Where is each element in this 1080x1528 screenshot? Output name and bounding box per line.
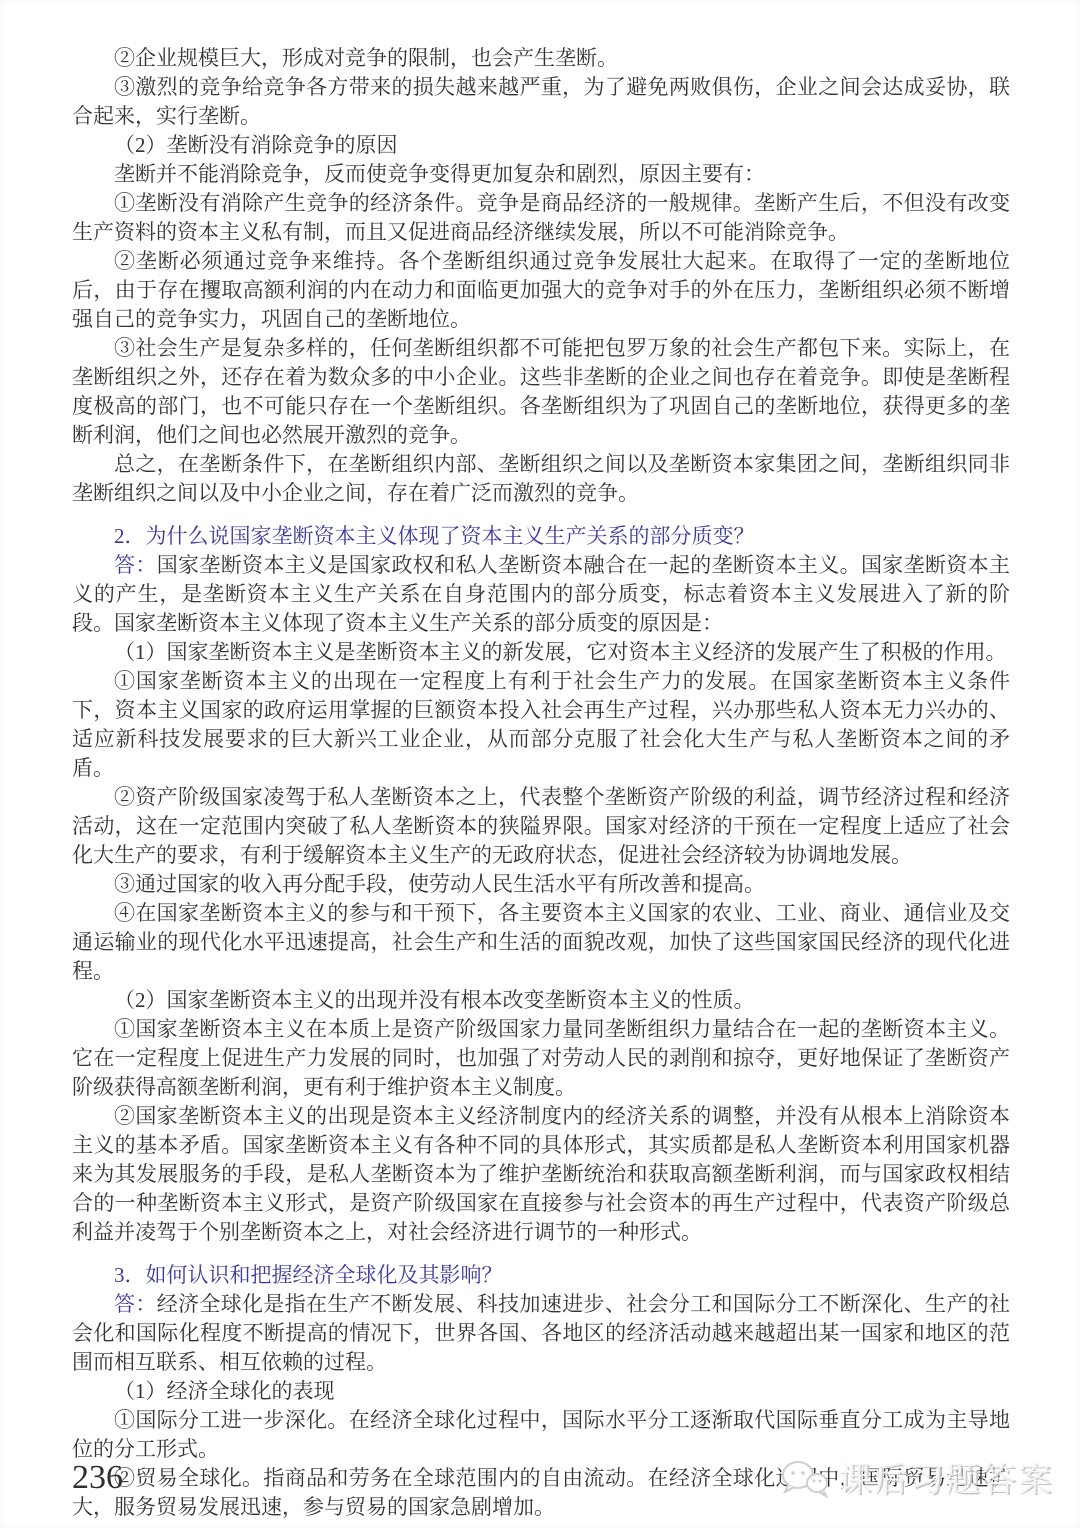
answer-label: 答： [114, 553, 157, 577]
paragraph: （1）经济全球化的表现 [72, 1377, 1010, 1406]
paragraph: ③通过国家的收入再分配手段，使劳动人民生活水平有所改善和提高。 [72, 870, 1010, 899]
page-number: 236 [72, 1458, 123, 1498]
paragraph: ①国家垄断资本主义在本质上是资产阶级国家力量同垄断组织力量结合在一起的垄断资本主… [72, 1015, 1010, 1102]
answer-paragraph: 答：国家垄断资本主义是国家政权和私人垄断资本融合在一起的垄断资本主义。国家垄断资… [72, 551, 1010, 638]
document-page: ②企业规模巨大，形成对竞争的限制，也会产生垄断。 ③激烈的竞争给竞争各方带来的损… [0, 0, 1080, 1528]
watermark-text: 课后习题答案 [838, 1452, 1054, 1501]
paragraph: ①垄断没有消除产生竞争的经济条件。竞争是商品经济的一般规律。垄断产生后，不但没有… [72, 189, 1010, 247]
paragraph: ②企业规模巨大，形成对竞争的限制，也会产生垄断。 [72, 44, 1010, 73]
answer-text: 国家垄断资本主义是国家政权和私人垄断资本融合在一起的垄断资本主义。国家垄断资本主… [72, 553, 1010, 635]
paragraph: （2）国家垄断资本主义的出现并没有根本改变垄断资本主义的性质。 [72, 986, 1010, 1015]
paragraph: ④在国家垄断资本主义的参与和干预下，各主要资本主义国家的农业、工业、商业、通信业… [72, 899, 1010, 986]
answer-text: 经济全球化是指在生产不断发展、科技加速进步、社会分工和国际分工不断深化、生产的社… [72, 1292, 1010, 1374]
paragraph: 总之，在垄断条件下，在垄断组织内部、垄断组织之间以及垄断资本家集团之间，垄断组织… [72, 450, 1010, 508]
paragraph: ③激烈的竞争给竞争各方带来的损失越来越严重，为了避免两败俱伤，企业之间会达成妥协… [72, 73, 1010, 131]
answer-text-body: ②企业规模巨大，形成对竞争的限制，也会产生垄断。 ③激烈的竞争给竞争各方带来的损… [72, 44, 1010, 1522]
answer-label: 答： [114, 1292, 157, 1316]
question-heading-3: 3．如何认识和把握经济全球化及其影响？ [72, 1261, 1010, 1290]
paragraph: ②垄断必须通过竞争来维持。各个垄断组织通过竞争发展壮大起来。在取得了一定的垄断地… [72, 247, 1010, 334]
question-heading-2: 2．为什么说国家垄断资本主义体现了资本主义生产关系的部分质变？ [72, 522, 1010, 551]
paragraph: ②国家垄断资本主义的出现是资本主义经济制度内的经济关系的调整，并没有从根本上消除… [72, 1102, 1010, 1247]
paragraph: （1）国家垄断资本主义是垄断资本主义的新发展，它对资本主义经济的发展产生了积极的… [72, 638, 1010, 667]
paragraph: ①国家垄断资本主义的出现在一定程度上有利于社会生产力的发展。在国家垄断资本主义条… [72, 667, 1010, 783]
paragraph: 垄断并不能消除竞争，反而使竞争变得更加复杂和剧烈，原因主要有： [72, 160, 1010, 189]
paragraph: ③社会生产是复杂多样的，任何垄断组织都不可能把包罗万象的社会生产都包下来。实际上… [72, 334, 1010, 450]
wechat-bubbles-icon [778, 1455, 830, 1499]
paragraph: ②资产阶级国家凌驾于私人垄断资本之上，代表整个垄断资产阶级的利益，调节经济过程和… [72, 783, 1010, 870]
paragraph: （2）垄断没有消除竞争的原因 [72, 131, 1010, 160]
answer-paragraph: 答：经济全球化是指在生产不断发展、科技加速进步、社会分工和国际分工不断深化、生产… [72, 1290, 1010, 1377]
publisher-watermark: 课后习题答案 [778, 1452, 1054, 1501]
